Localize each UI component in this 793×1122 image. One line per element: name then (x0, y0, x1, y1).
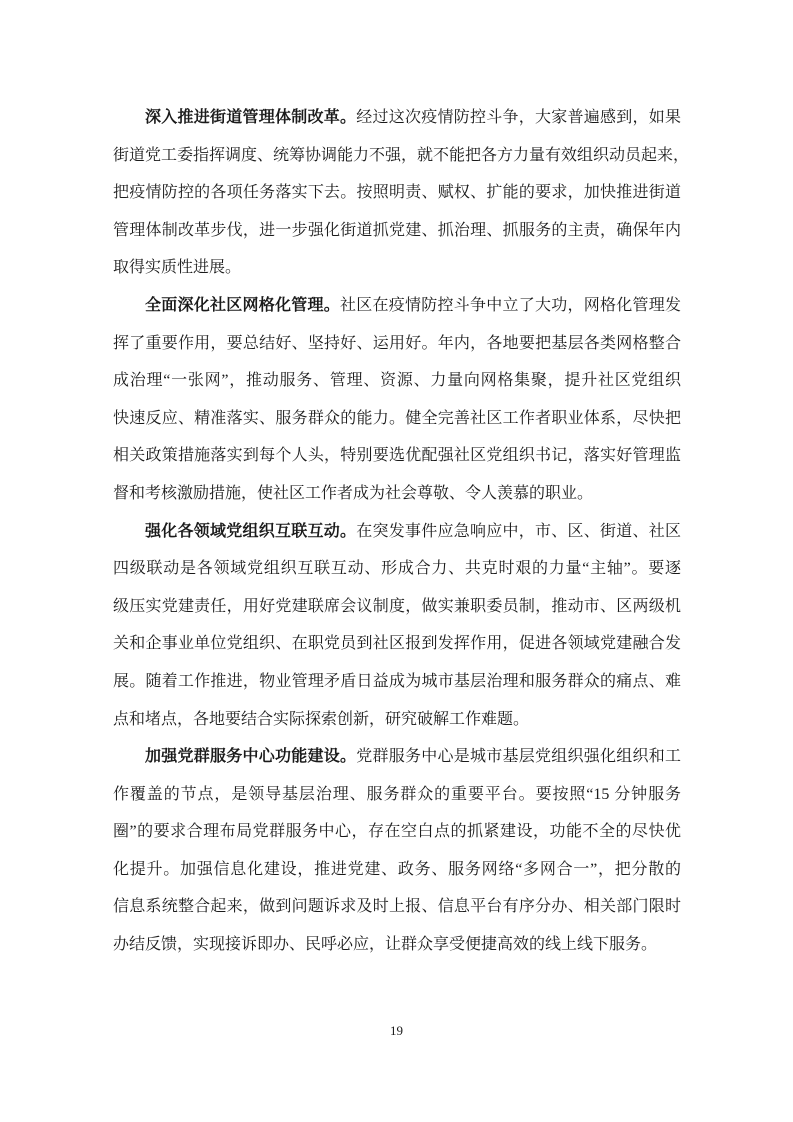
page-number: 19 (390, 1023, 403, 1038)
text-line: 四级联动是各领域党组织互联互动、形成合力、共克时艰的力量“主轴”。要逐 (113, 550, 681, 588)
text-line: 展。随着工作推进，物业管理矛盾日益成为城市基层治理和服务群众的痛点、难 (113, 663, 681, 701)
text-line: 办结反馈，实现接诉即办、民呼必应，让群众享受便捷高效的线上线下服务。 (113, 926, 681, 964)
document-page: 深入推进街道管理体制改革。经过这次疫情防控斗争，大家普遍感到，如果街道党工委指挥… (0, 0, 793, 1122)
paragraph-text: 党群服务中心是城市基层党组织强化组织和工 (356, 748, 681, 765)
text-line: 相关政策措施落实到每个人头，特别要选优配强社区党组织书记，落实好管理监 (113, 437, 681, 475)
text-line: 深入推进街道管理体制改革。经过这次疫情防控斗争，大家普遍感到，如果 (113, 99, 681, 137)
paragraph-lead: 加强党群服务中心功能建设。 (145, 748, 356, 765)
text-line: 成治理“一张网”，推动服务、管理、资源、力量向网格集聚，提升社区党组织 (113, 362, 681, 400)
text-line: 信息系统整合起来，做到问题诉求及时上报、信息平台有序分办、相关部门限时 (113, 888, 681, 926)
text-line: 把疫情防控的各项任务落实下去。按照明责、赋权、扩能的要求，加快推进街道 (113, 174, 681, 212)
text-line: 取得实质性进展。 (113, 249, 681, 287)
paragraph-lead: 深入推进街道管理体制改革。 (145, 109, 356, 126)
text-line: 全面深化社区网格化管理。社区在疫情防控斗争中立了大功，网格化管理发 (113, 287, 681, 325)
paragraph-lead: 强化各领域党组织互联互动。 (145, 523, 356, 540)
text-line: 快速反应、精准落实、服务群众的能力。健全完善社区工作者职业体系，尽快把 (113, 400, 681, 438)
document-body: 深入推进街道管理体制改革。经过这次疫情防控斗争，大家普遍感到，如果街道党工委指挥… (113, 99, 681, 964)
text-line: 管理体制改革步伐，进一步强化街道抓党建、抓治理、抓服务的主责，确保年内 (113, 212, 681, 250)
text-line: 作覆盖的节点，是领导基层治理、服务群众的重要平台。要按照“15 分钟服务 (113, 776, 681, 814)
paragraph: 全面深化社区网格化管理。社区在疫情防控斗争中立了大功，网格化管理发挥了重要作用，… (113, 287, 681, 513)
paragraph-text: 在突发事件应急响应中，市、区、街道、社区 (356, 523, 681, 540)
text-line: 督和考核激励措施，使社区工作者成为社会尊敬、令人羡慕的职业。 (113, 475, 681, 513)
paragraph-text: 社区在疫情防控斗争中立了大功，网格化管理发 (340, 297, 681, 314)
text-line: 加强党群服务中心功能建设。党群服务中心是城市基层党组织强化组织和工 (113, 738, 681, 776)
text-line: 圈”的要求合理布局党群服务中心，存在空白点的抓紧建设，功能不全的尽快优 (113, 813, 681, 851)
paragraph: 强化各领域党组织互联互动。在突发事件应急响应中，市、区、街道、社区四级联动是各领… (113, 513, 681, 739)
text-line: 强化各领域党组织互联互动。在突发事件应急响应中，市、区、街道、社区 (113, 513, 681, 551)
paragraph-text: 经过这次疫情防控斗争，大家普遍感到，如果 (356, 109, 681, 126)
text-line: 点和堵点，各地要结合实际探索创新，研究破解工作难题。 (113, 701, 681, 739)
text-line: 街道党工委指挥调度、统筹协调能力不强，就不能把各方力量有效组织动员起来， (113, 137, 681, 175)
paragraph-lead: 全面深化社区网格化管理。 (145, 297, 340, 314)
paragraph: 加强党群服务中心功能建设。党群服务中心是城市基层党组织强化组织和工作覆盖的节点，… (113, 738, 681, 964)
page-footer: 19 (0, 1022, 793, 1040)
paragraph: 深入推进街道管理体制改革。经过这次疫情防控斗争，大家普遍感到，如果街道党工委指挥… (113, 99, 681, 287)
text-line: 级压实党建责任，用好党建联席会议制度，做实兼职委员制，推动市、区两级机 (113, 588, 681, 626)
text-line: 挥了重要作用，要总结好、坚持好、运用好。年内，各地要把基层各类网格整合 (113, 325, 681, 363)
text-line: 化提升。加强信息化建设，推进党建、政务、服务网络“多网合一”，把分散的 (113, 851, 681, 889)
text-line: 关和企事业单位党组织、在职党员到社区报到发挥作用，促进各领域党建融合发 (113, 625, 681, 663)
